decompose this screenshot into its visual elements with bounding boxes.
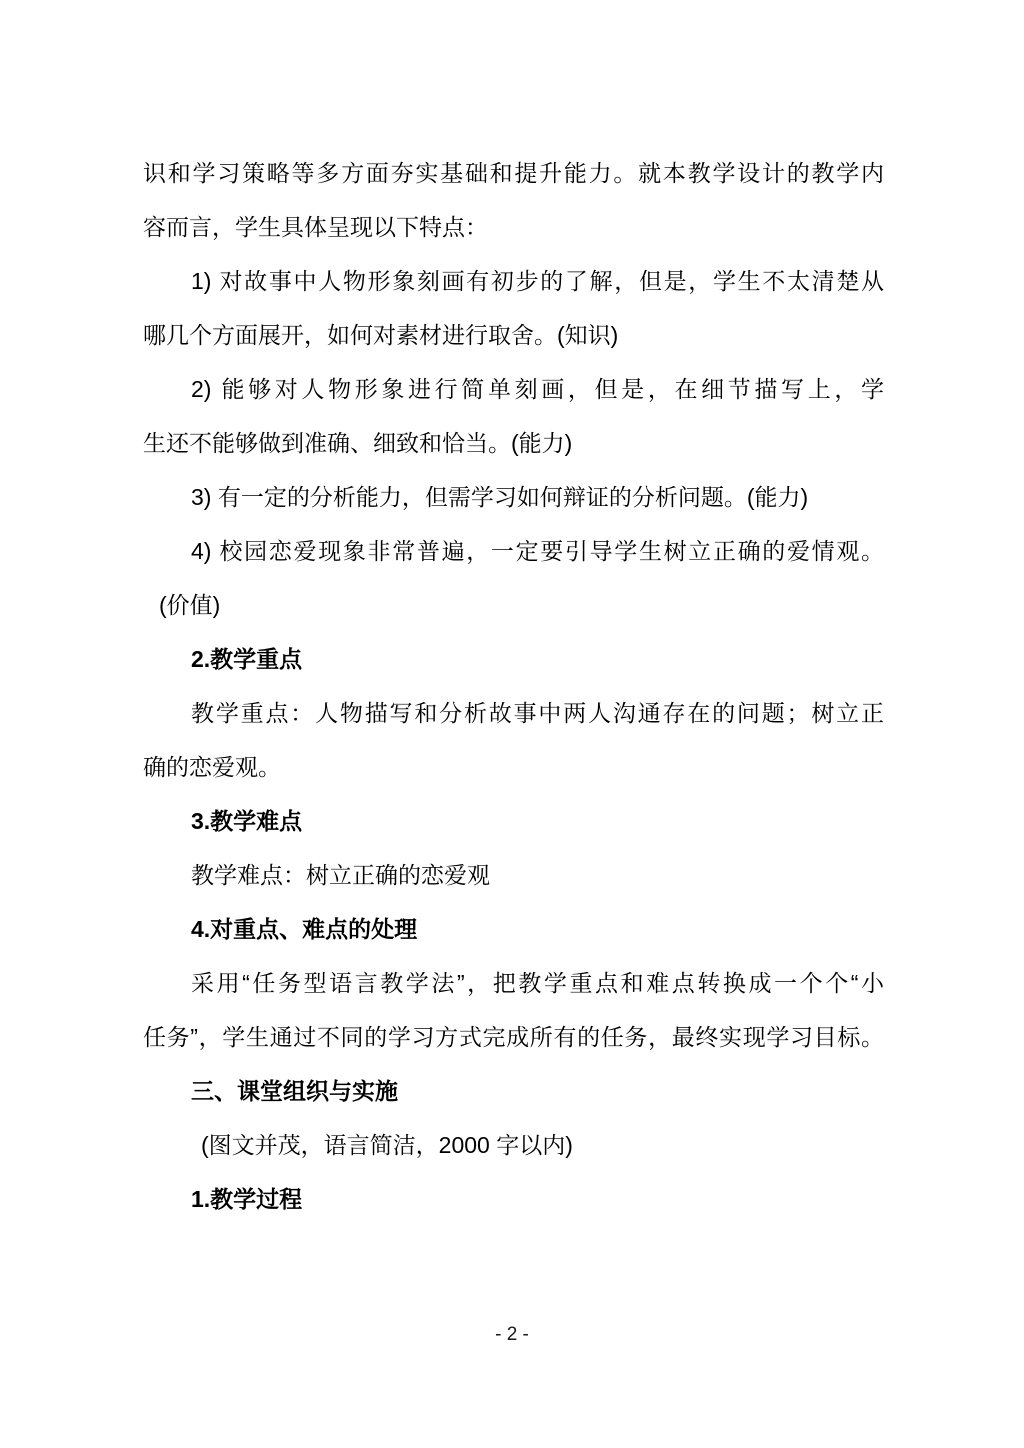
heading-line: 1.教学过程 xyxy=(143,1172,884,1226)
text-line: 教学重点：人物描写和分析故事中两人沟通存在的问题；树立正 xyxy=(143,686,884,740)
heading-line: 4.对重点、难点的处理 xyxy=(143,902,884,956)
page-number: - 2 - xyxy=(0,1321,1024,1349)
text-line: 教学难点：树立正确的恋爱观 xyxy=(143,848,884,902)
text-line: 任务”，学生通过不同的学习方式完成所有的任务，最终实现学习目标。 xyxy=(143,1010,884,1064)
text-line: 3) 有一定的分析能力，但需学习如何辩证的分析问题。(能力) xyxy=(143,470,884,524)
heading-line: 2.教学重点 xyxy=(143,632,884,686)
document-page: 识和学习策略等多方面夯实基础和提升能力。就本教学设计的教学内容而言，学生具体呈现… xyxy=(0,0,1024,1448)
text-line: 识和学习策略等多方面夯实基础和提升能力。就本教学设计的教学内 xyxy=(143,146,884,200)
text-line: 确的恋爱观。 xyxy=(143,740,884,794)
text-line: (图文并茂，语言简洁，2000 字以内) xyxy=(143,1118,884,1172)
text-line: 容而言，学生具体呈现以下特点： xyxy=(143,200,884,254)
text-line: (价值) xyxy=(143,578,884,632)
document-body: 识和学习策略等多方面夯实基础和提升能力。就本教学设计的教学内容而言，学生具体呈现… xyxy=(143,146,884,1226)
text-line: 1) 对故事中人物形象刻画有初步的了解，但是，学生不太清楚从 xyxy=(143,254,884,308)
text-line: 2) 能够对人物形象进行简单刻画，但是，在细节描写上，学 xyxy=(143,362,884,416)
heading-line: 3.教学难点 xyxy=(143,794,884,848)
text-line: 生还不能够做到准确、细致和恰当。(能力) xyxy=(143,416,884,470)
heading-line: 三、课堂组织与实施 xyxy=(143,1064,884,1118)
text-line: 4) 校园恋爱现象非常普遍，一定要引导学生树立正确的爱情观。 xyxy=(143,524,884,578)
text-line: 哪几个方面展开，如何对素材进行取舍。(知识) xyxy=(143,308,884,362)
text-line: 采用“任务型语言教学法”，把教学重点和难点转换成一个个“小 xyxy=(143,956,884,1010)
